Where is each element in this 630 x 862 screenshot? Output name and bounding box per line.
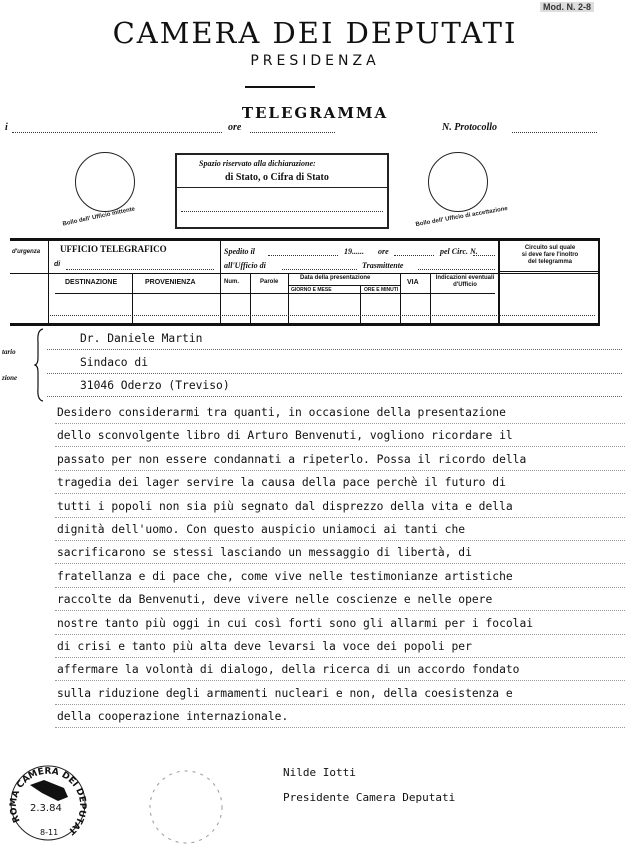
col-hours-minutes: ORE E MINUTI [364, 287, 398, 293]
signature-title: Presidente Camera Deputati [283, 791, 455, 804]
office-to-label: all'Ufficio di [224, 261, 266, 270]
table-row-divider [288, 285, 400, 286]
recipient-line: 31046 Oderzo (Treviso) [47, 377, 622, 397]
table-divider [48, 241, 49, 323]
time-label: ore [378, 247, 389, 256]
date-field-label: i [5, 122, 8, 133]
message-line-text: dignità dell'uomo. Con questo auspicio u… [57, 523, 465, 536]
declaration-label: Spazio riservato alla dichiarazione: [199, 159, 316, 168]
svg-text:2.3.84: 2.3.84 [30, 803, 62, 814]
message-line: nostre tanto più oggi in cui così forti … [55, 614, 625, 635]
message-line-text: tutti i popoli non sia più segnato dal d… [57, 500, 513, 513]
signature-name: Nilde Iotti [283, 766, 356, 779]
declaration-dotted-line [181, 211, 383, 212]
faint-stamp [140, 767, 232, 847]
year-label: 19...... [344, 247, 364, 256]
side-label: tario [2, 348, 16, 356]
message-line-text: della cooperazione internazionale. [57, 710, 288, 723]
subtitle: PRESIDENZA [0, 53, 630, 69]
page-title: CAMERA DEI DEPUTATI [0, 16, 630, 50]
message-line: tragedia dei lager servire la causa dell… [55, 473, 625, 494]
declaration-box: Spazio riservato alla dichiarazione: di … [175, 153, 389, 229]
message-line-text: di crisi e tanto più alta deve levarsi l… [57, 640, 472, 653]
message-line-text: sulla riduzione degli armamenti nucleari… [57, 687, 513, 700]
svg-text:ROMA CAMERA DEI DEPUTATI: ROMA CAMERA DEI DEPUTATI [8, 763, 87, 837]
protocol-label: N. Protocollo [442, 122, 497, 133]
time-field-label: ore [228, 122, 241, 133]
message-line-text: fratellanza e di pace che, come vive nel… [57, 570, 513, 583]
table-divider [360, 285, 361, 323]
message-line: della cooperazione internazionale. [55, 707, 625, 728]
circuit-note-line: Circuito sul quale [510, 245, 590, 252]
message-line: affermare la volontà di dialogo, della r… [55, 660, 625, 681]
table-dotted-line [50, 315, 595, 316]
col-destination: DESTINAZIONE [65, 279, 117, 286]
transmitter-label: Trasmittente [362, 261, 403, 270]
office-di-label: di [54, 261, 60, 268]
time-field [250, 132, 335, 133]
side-label: zione [2, 374, 17, 382]
message-line: dello sconvolgente libro di Arturo Benve… [55, 426, 625, 447]
message-line: Desidero considerarmi tra quanti, in occ… [55, 403, 625, 424]
protocol-field [512, 132, 597, 133]
sent-field [268, 255, 338, 256]
declaration-sublabel: di Stato, o Cifra di Stato [225, 172, 329, 183]
circuit-note-line: si deve fare l'inoltro [510, 252, 590, 259]
message-line: fratellanza e di pace che, come vive nel… [55, 567, 625, 588]
message-line-text: raccolte da Benvenuti, deve vivere nelle… [57, 593, 492, 606]
office-field [66, 269, 214, 270]
message-line: sulla riduzione degli armamenti nucleari… [55, 684, 625, 705]
office-notes-line: Indicazioni eventuali [435, 275, 495, 282]
recipient-name: Dr. Daniele Martin [80, 332, 202, 345]
message-line: di crisi e tanto più alta deve levarsi l… [55, 637, 625, 658]
col-number: Num. [224, 279, 239, 285]
circuit-note: Circuito sul quale si deve fare l'inoltr… [510, 245, 590, 266]
office-notes-line: d'Ufficio [435, 282, 495, 289]
table-divider [498, 241, 500, 323]
message-line: passato per non essere condannati a ripe… [55, 450, 625, 471]
recipient-line: Sindaco di [47, 354, 622, 374]
col-day-month: GIORNO E MESE [291, 287, 332, 293]
message-line-text: Desidero considerarmi tra quanti, in occ… [57, 406, 506, 419]
recipient-line: Dr. Daniele Martin [47, 330, 622, 350]
message-line: dignità dell'uomo. Con questo auspicio u… [55, 520, 625, 541]
message-line-text: dello sconvolgente libro di Arturo Benve… [57, 429, 513, 442]
office-to-field [282, 269, 357, 270]
office-label: UFFICIO TELEGRAFICO [60, 244, 167, 254]
title-rule [245, 86, 315, 88]
table-divider [220, 241, 221, 323]
message-line: raccolte da Benvenuti, deve vivere nelle… [55, 590, 625, 611]
declaration-separator [177, 187, 387, 188]
date-field [12, 132, 222, 133]
message-line-text: tragedia dei lager servire la causa dell… [57, 476, 506, 489]
col-words: Parole [260, 279, 278, 285]
table-row-divider [55, 293, 495, 294]
col-office-notes: Indicazioni eventuali d'Ufficio [435, 275, 495, 289]
message-line-text: sacrificarono se stessi lasciando un mes… [57, 546, 472, 559]
time-field [394, 255, 434, 256]
table-row-divider [10, 273, 598, 274]
col-presentation-date: Data della presentazione [300, 275, 370, 281]
col-origin: PROVENIENZA [145, 279, 196, 286]
telegraph-form-table: d'urgenza UFFICIO TELEGRAFICO di Spedito… [10, 238, 600, 326]
form-number: Mod. N. 2-8 [540, 2, 594, 12]
recipient-title: Sindaco di [80, 356, 148, 369]
acceptance-seal-circle [428, 152, 488, 212]
sent-label: Spedito il [224, 247, 255, 256]
urgency-label: d'urgenza [12, 249, 40, 255]
message-line-text: affermare la volontà di dialogo, della r… [57, 663, 520, 676]
col-via: VIA [407, 279, 419, 286]
recipient-bracket [34, 328, 44, 402]
message-line-text: nostre tanto più oggi in cui così forti … [57, 617, 533, 630]
transmitter-field [418, 269, 495, 270]
table-row-divider [498, 271, 598, 272]
official-stamp: ROMA CAMERA DEI DEPUTATI 2.3.84 8-11 [8, 763, 88, 843]
message-line: tutti i popoli non sia più segnato dal d… [55, 497, 625, 518]
circ-field [473, 255, 495, 256]
sender-seal-circle [75, 152, 135, 212]
recipient-address: 31046 Oderzo (Treviso) [80, 379, 230, 392]
svg-text:8-11: 8-11 [40, 828, 58, 837]
message-line: sacrificarono se stessi lasciando un mes… [55, 543, 625, 564]
circuit-note-line: del telegramma [510, 259, 590, 266]
document-type: TELEGRAMMA [0, 104, 630, 122]
message-line-text: passato per non essere condannati a ripe… [57, 453, 526, 466]
